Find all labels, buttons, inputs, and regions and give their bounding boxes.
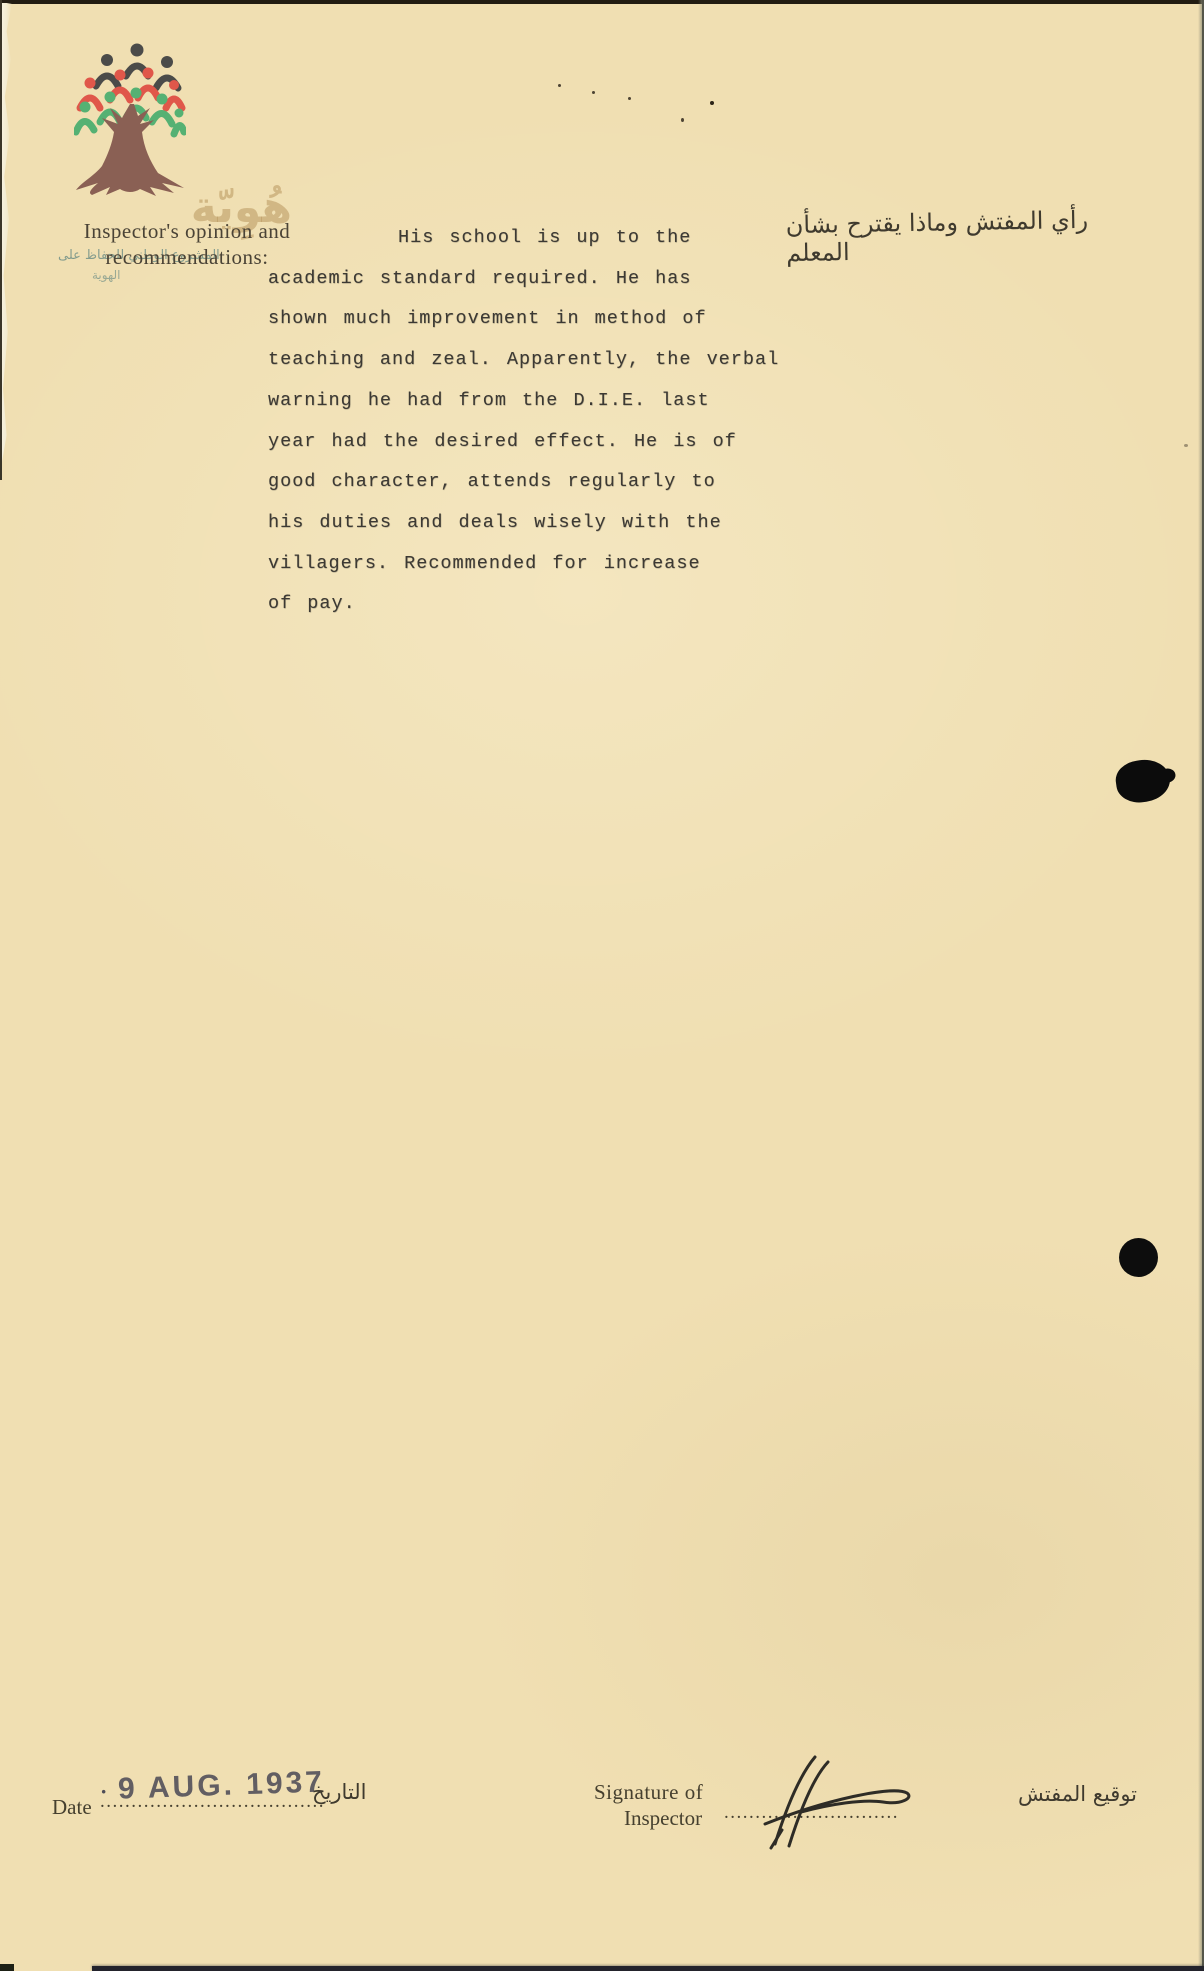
typewritten-line: warning he had from the D.I.E. last — [268, 381, 798, 422]
date-label-arabic: التاريخ — [312, 1780, 367, 1804]
typewritten-opinion-text: His school is up to theacademic standard… — [268, 218, 798, 625]
inspector-label: Inspector — [624, 1806, 702, 1831]
signature-label-arabic: توقيع المفتش — [1018, 1782, 1137, 1806]
typewritten-line: his duties and deals wisely with the — [268, 503, 798, 544]
typewritten-line: shown much improvement in method of — [268, 299, 798, 340]
punch-hole-top — [1113, 756, 1172, 805]
scan-edge-bottom — [92, 1966, 1204, 1971]
typewritten-line: of pay. — [268, 584, 798, 625]
scan-edge-bottom-left — [0, 1964, 14, 1971]
inspector-signature — [735, 1752, 1035, 1852]
logo-people-dark — [96, 66, 178, 88]
typewritten-line: good character, attends regularly to — [268, 462, 798, 503]
watermark-subtitle-2: الهوية — [92, 268, 212, 282]
identity-tree-logo — [74, 42, 186, 198]
paper-speck — [681, 118, 684, 122]
paper-speck — [710, 101, 714, 105]
date-label: Date — [52, 1795, 92, 1820]
scanned-inspection-form: هُوِيّة المشروع الوطني للحفاظ على الهوية… — [0, 0, 1204, 1971]
date-stamp-mark: · — [100, 1779, 107, 1805]
typewritten-line: academic standard required. He has — [268, 259, 798, 300]
signature-of-label: Signature of — [594, 1780, 703, 1805]
scan-edge-left-line — [0, 0, 2, 480]
punch-hole-bottom — [1119, 1238, 1158, 1277]
scan-edge-top — [0, 0, 1204, 4]
typewritten-line: year had the desired effect. He is of — [268, 422, 798, 463]
paper-speck — [1184, 444, 1188, 447]
paper-speck — [628, 97, 631, 100]
inspectors-opinion-label-arabic: رأي المفتش وماذا يقترح بشأن المعلم — [786, 205, 1147, 267]
typewritten-line: His school is up to the — [268, 218, 798, 259]
date-stamp: 9 AUG. 1937 — [117, 1765, 325, 1806]
typewritten-line: villagers. Recommended for increase — [268, 544, 798, 585]
typewritten-line: teaching and zeal. Apparently, the verba… — [268, 340, 798, 381]
paper-speck — [558, 84, 561, 87]
paper-speck — [592, 91, 595, 94]
